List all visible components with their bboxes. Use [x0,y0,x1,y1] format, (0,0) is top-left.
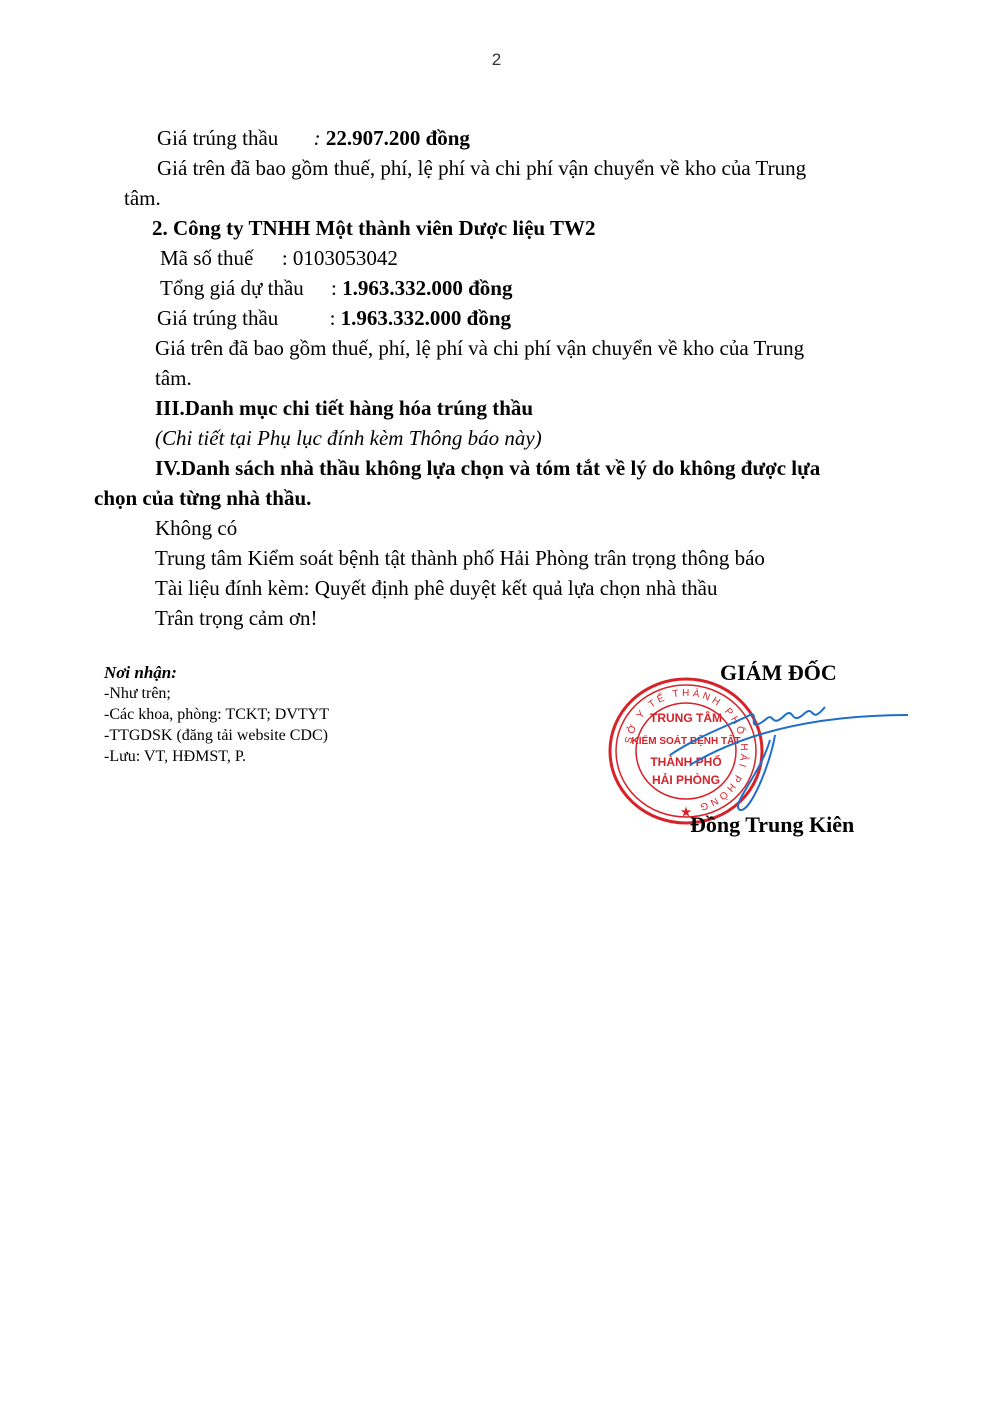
price-note-2: Giá trên đã bao gồm thuế, phí, lệ phí và… [155,335,804,361]
tax-value: : 0103053042 [282,246,398,270]
price-note-1-cont: tâm. [124,185,161,211]
closing-line-3: Trân trọng cảm ơn! [155,605,318,631]
winning-price-line-2: Giá trúng thầu : 1.963.332.000 đồng [157,305,511,331]
total-bid-line: Tổng giá dự thầu : 1.963.332.000 đồng [160,275,512,301]
section-4-body: Không có [155,515,237,541]
closing-line-2: Tài liệu đính kèm: Quyết định phê duyệt … [155,575,718,601]
total-value: 1.963.332.000 đồng [342,276,512,300]
recipients-title: Nơi nhận: [104,662,329,683]
closing-line-1: Trung tâm Kiểm soát bệnh tật thành phố H… [155,545,765,571]
page-number: 2 [0,50,993,70]
recipient-item: -Các khoa, phòng: TCKT; DVTYT [104,704,329,725]
tax-code-line: Mã số thuế : 0103053042 [160,245,398,271]
tax-label: Mã số thuế [160,246,253,270]
section-4-heading-cont: chọn của từng nhà thầu. [94,485,311,511]
total-label: Tổng giá dự thầu [160,276,304,300]
price-label-2: Giá trúng thầu [157,306,278,330]
signature-scribble-icon [660,695,910,815]
recipient-item: -Lưu: VT, HĐMST, P. [104,746,329,767]
company-2-heading: 2. Công ty TNHH Một thành viên Dược liệu… [152,215,596,241]
price-label: Giá trúng thầu [157,126,278,150]
price-note-1: Giá trên đã bao gồm thuế, phí, lệ phí và… [157,155,806,181]
section-3-note: (Chi tiết tại Phụ lục đính kèm Thông báo… [155,425,542,451]
recipient-item: -TTGDSK (đăng tải website CDC) [104,725,329,746]
recipients-block: Nơi nhận: -Như trên; -Các khoa, phòng: T… [104,662,329,767]
price-value: 22.907.200 đồng [326,126,470,150]
recipient-item: -Như trên; [104,683,329,704]
winning-price-line-1: Giá trúng thầu : 22.907.200 đồng [157,125,470,151]
section-4-heading: IV.Danh sách nhà thầu không lựa chọn và … [155,455,820,481]
price-value-2: 1.963.332.000 đồng [341,306,511,330]
price-note-2-cont: tâm. [155,365,192,391]
signatory-name: Đồng Trung Kiên [690,812,854,838]
section-3-heading: III.Danh mục chi tiết hàng hóa trúng thầ… [155,395,533,421]
